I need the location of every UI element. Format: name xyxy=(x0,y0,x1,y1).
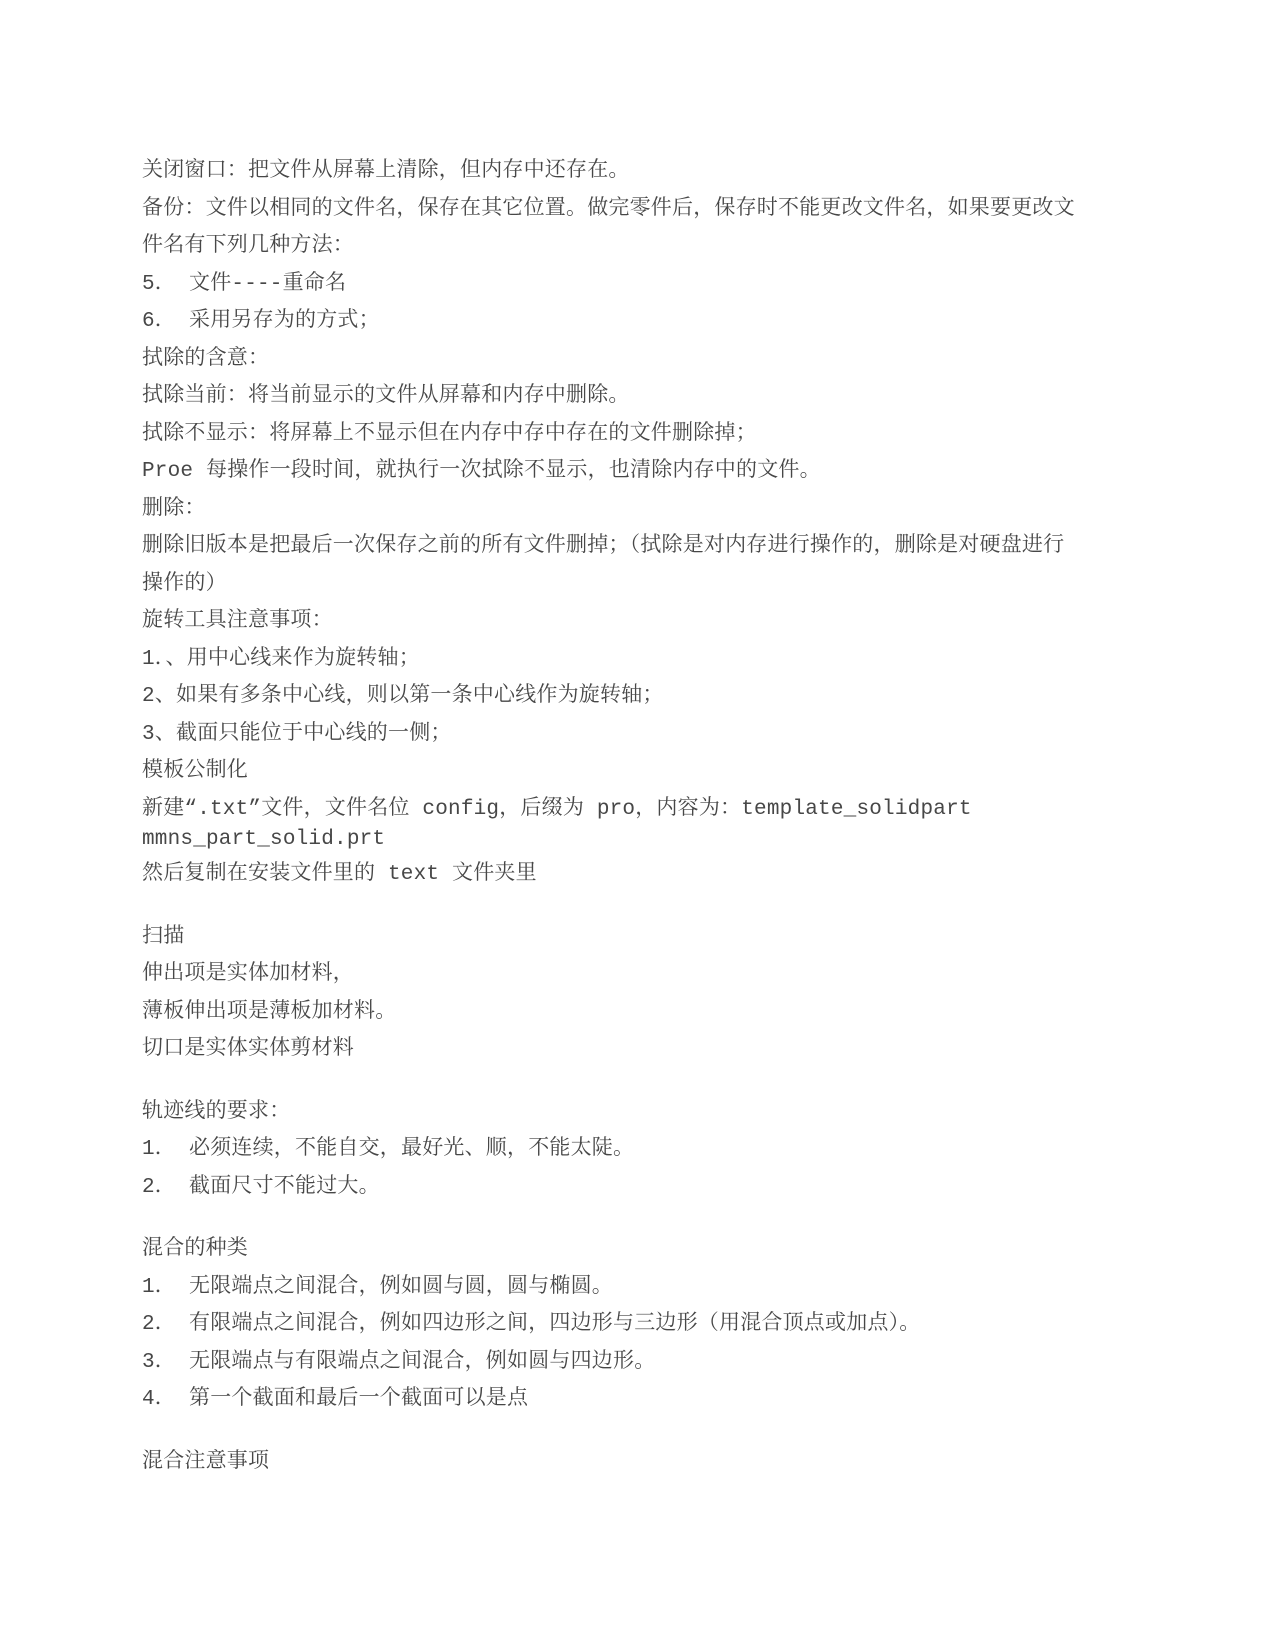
line-text: 删除： xyxy=(142,498,206,521)
text-line: 4．第一个截面和最后一个截面可以是点 xyxy=(142,1381,1155,1419)
text-line: 拭除当前：将当前显示的文件从屏幕和内存中删除。 xyxy=(142,378,1155,416)
text-line: 1．必须连续，不能自交，最好光、顺，不能太陡。 xyxy=(142,1131,1155,1169)
text-line: 件名有下列几种方法： xyxy=(142,228,1155,266)
list-number: 1． xyxy=(142,1131,189,1169)
line-text: 1．、用中心线来作为旋转轴； xyxy=(142,648,420,671)
text-line: 2、如果有多条中心线，则以第一条中心线作为旋转轴； xyxy=(142,678,1155,716)
text-line: 混合注意事项 xyxy=(142,1444,1155,1482)
line-text: 切口是实体实体剪材料 xyxy=(142,1038,354,1061)
line-text: 拭除的含意： xyxy=(142,348,269,371)
text-line: 1．、用中心线来作为旋转轴； xyxy=(142,641,1155,679)
line-text: 备份：文件以相同的文件名，保存在其它位置。做完零件后，保存时不能更改文件名，如果… xyxy=(142,198,1075,221)
text-line: 然后复制在安装文件里的 text 文件夹里 xyxy=(142,856,1155,894)
blank-line xyxy=(142,894,1155,919)
text-line: 伸出项是实体加材料， xyxy=(142,956,1155,994)
text-line: Proe 每操作一段时间，就执行一次拭除不显示，也清除内存中的文件。 xyxy=(142,453,1155,491)
text-line: 备份：文件以相同的文件名，保存在其它位置。做完零件后，保存时不能更改文件名，如果… xyxy=(142,191,1155,229)
text-line: 拭除的含意： xyxy=(142,341,1155,379)
line-text: 必须连续，不能自交，最好光、顺，不能太陡。 xyxy=(189,1138,634,1161)
text-line: 旋转工具注意事项： xyxy=(142,603,1155,641)
line-text: 无限端点之间混合，例如圆与圆，圆与椭圆。 xyxy=(189,1276,613,1299)
line-text: 伸出项是实体加材料， xyxy=(142,963,354,986)
text-line: 删除： xyxy=(142,491,1155,529)
line-text: 无限端点与有限端点之间混合，例如圆与四边形。 xyxy=(189,1351,655,1374)
list-number: 4． xyxy=(142,1381,189,1419)
text-line: mmns_part_solid.prt xyxy=(142,828,1155,856)
text-line: 扫描 xyxy=(142,919,1155,957)
line-text: 新建“.txt”文件，文件名位 config，后缀为 pro，内容为：templ… xyxy=(142,798,972,821)
document-body: 关闭窗口：把文件从屏幕上清除，但内存中还存在。备份：文件以相同的文件名，保存在其… xyxy=(142,153,1155,1481)
list-number: 5． xyxy=(142,266,189,304)
text-line: 轨迹线的要求： xyxy=(142,1094,1155,1132)
line-text: 关闭窗口：把文件从屏幕上清除，但内存中还存在。 xyxy=(142,160,630,183)
line-text: 混合注意事项 xyxy=(142,1451,269,1474)
line-text: 2、如果有多条中心线，则以第一条中心线作为旋转轴； xyxy=(142,685,664,708)
line-text: 截面尺寸不能过大。 xyxy=(189,1176,380,1199)
text-line: 混合的种类 xyxy=(142,1231,1155,1269)
line-text: 扫描 xyxy=(142,926,184,949)
line-text: 模板公制化 xyxy=(142,760,248,783)
text-line: 薄板伸出项是薄板加材料。 xyxy=(142,994,1155,1032)
line-text: 薄板伸出项是薄板加材料。 xyxy=(142,1001,396,1024)
list-number: 3． xyxy=(142,1344,189,1382)
line-text: mmns_part_solid.prt xyxy=(142,828,385,851)
line-text: 混合的种类 xyxy=(142,1238,248,1261)
line-text: 有限端点之间混合，例如四边形之间，四边形与三边形（用混合顶点或加点）。 xyxy=(189,1313,921,1336)
line-text: 采用另存为的方式； xyxy=(189,310,380,333)
text-line: 切口是实体实体剪材料 xyxy=(142,1031,1155,1069)
text-line: 2．有限端点之间混合，例如四边形之间，四边形与三边形（用混合顶点或加点）。 xyxy=(142,1306,1155,1344)
document-page: 关闭窗口：把文件从屏幕上清除，但内存中还存在。备份：文件以相同的文件名，保存在其… xyxy=(0,0,1275,1650)
text-line: 6．采用另存为的方式； xyxy=(142,303,1155,341)
text-line: 2．截面尺寸不能过大。 xyxy=(142,1169,1155,1207)
list-number: 6． xyxy=(142,303,189,341)
line-text: 删除旧版本是把最后一次保存之前的所有文件删掉；（拭除是对内存进行操作的，删除是对… xyxy=(142,535,1064,558)
text-line: 拭除不显示：将屏幕上不显示但在内存中存中存在的文件删除掉； xyxy=(142,416,1155,454)
text-line: 删除旧版本是把最后一次保存之前的所有文件删掉；（拭除是对内存进行操作的，删除是对… xyxy=(142,528,1155,566)
line-text: 件名有下列几种方法： xyxy=(142,235,354,258)
list-number: 1． xyxy=(142,1269,189,1307)
text-line: 新建“.txt”文件，文件名位 config，后缀为 pro，内容为：templ… xyxy=(142,791,1155,829)
list-number: 2． xyxy=(142,1169,189,1207)
text-line: 3．无限端点与有限端点之间混合，例如圆与四边形。 xyxy=(142,1344,1155,1382)
line-text: 文件----重命名 xyxy=(189,273,346,296)
list-number: 2． xyxy=(142,1306,189,1344)
line-text: 旋转工具注意事项： xyxy=(142,610,333,633)
text-line: 3、截面只能位于中心线的一侧； xyxy=(142,716,1155,754)
line-text: 拭除不显示：将屏幕上不显示但在内存中存中存在的文件删除掉； xyxy=(142,423,757,446)
line-text: 第一个截面和最后一个截面可以是点 xyxy=(189,1388,528,1411)
text-line: 1．无限端点之间混合，例如圆与圆，圆与椭圆。 xyxy=(142,1269,1155,1307)
text-line: 操作的） xyxy=(142,566,1155,604)
text-line: 模板公制化 xyxy=(142,753,1155,791)
line-text: 然后复制在安装文件里的 text 文件夹里 xyxy=(142,863,537,886)
blank-line xyxy=(142,1069,1155,1094)
line-text: 拭除当前：将当前显示的文件从屏幕和内存中删除。 xyxy=(142,385,630,408)
text-line: 关闭窗口：把文件从屏幕上清除，但内存中还存在。 xyxy=(142,153,1155,191)
blank-line xyxy=(142,1419,1155,1444)
line-text: Proe 每操作一段时间，就执行一次拭除不显示，也清除内存中的文件。 xyxy=(142,460,821,483)
line-text: 3、截面只能位于中心线的一侧； xyxy=(142,723,452,746)
blank-line xyxy=(142,1206,1155,1231)
text-line: 5．文件----重命名 xyxy=(142,266,1155,304)
line-text: 操作的） xyxy=(142,573,227,596)
line-text: 轨迹线的要求： xyxy=(142,1101,290,1124)
